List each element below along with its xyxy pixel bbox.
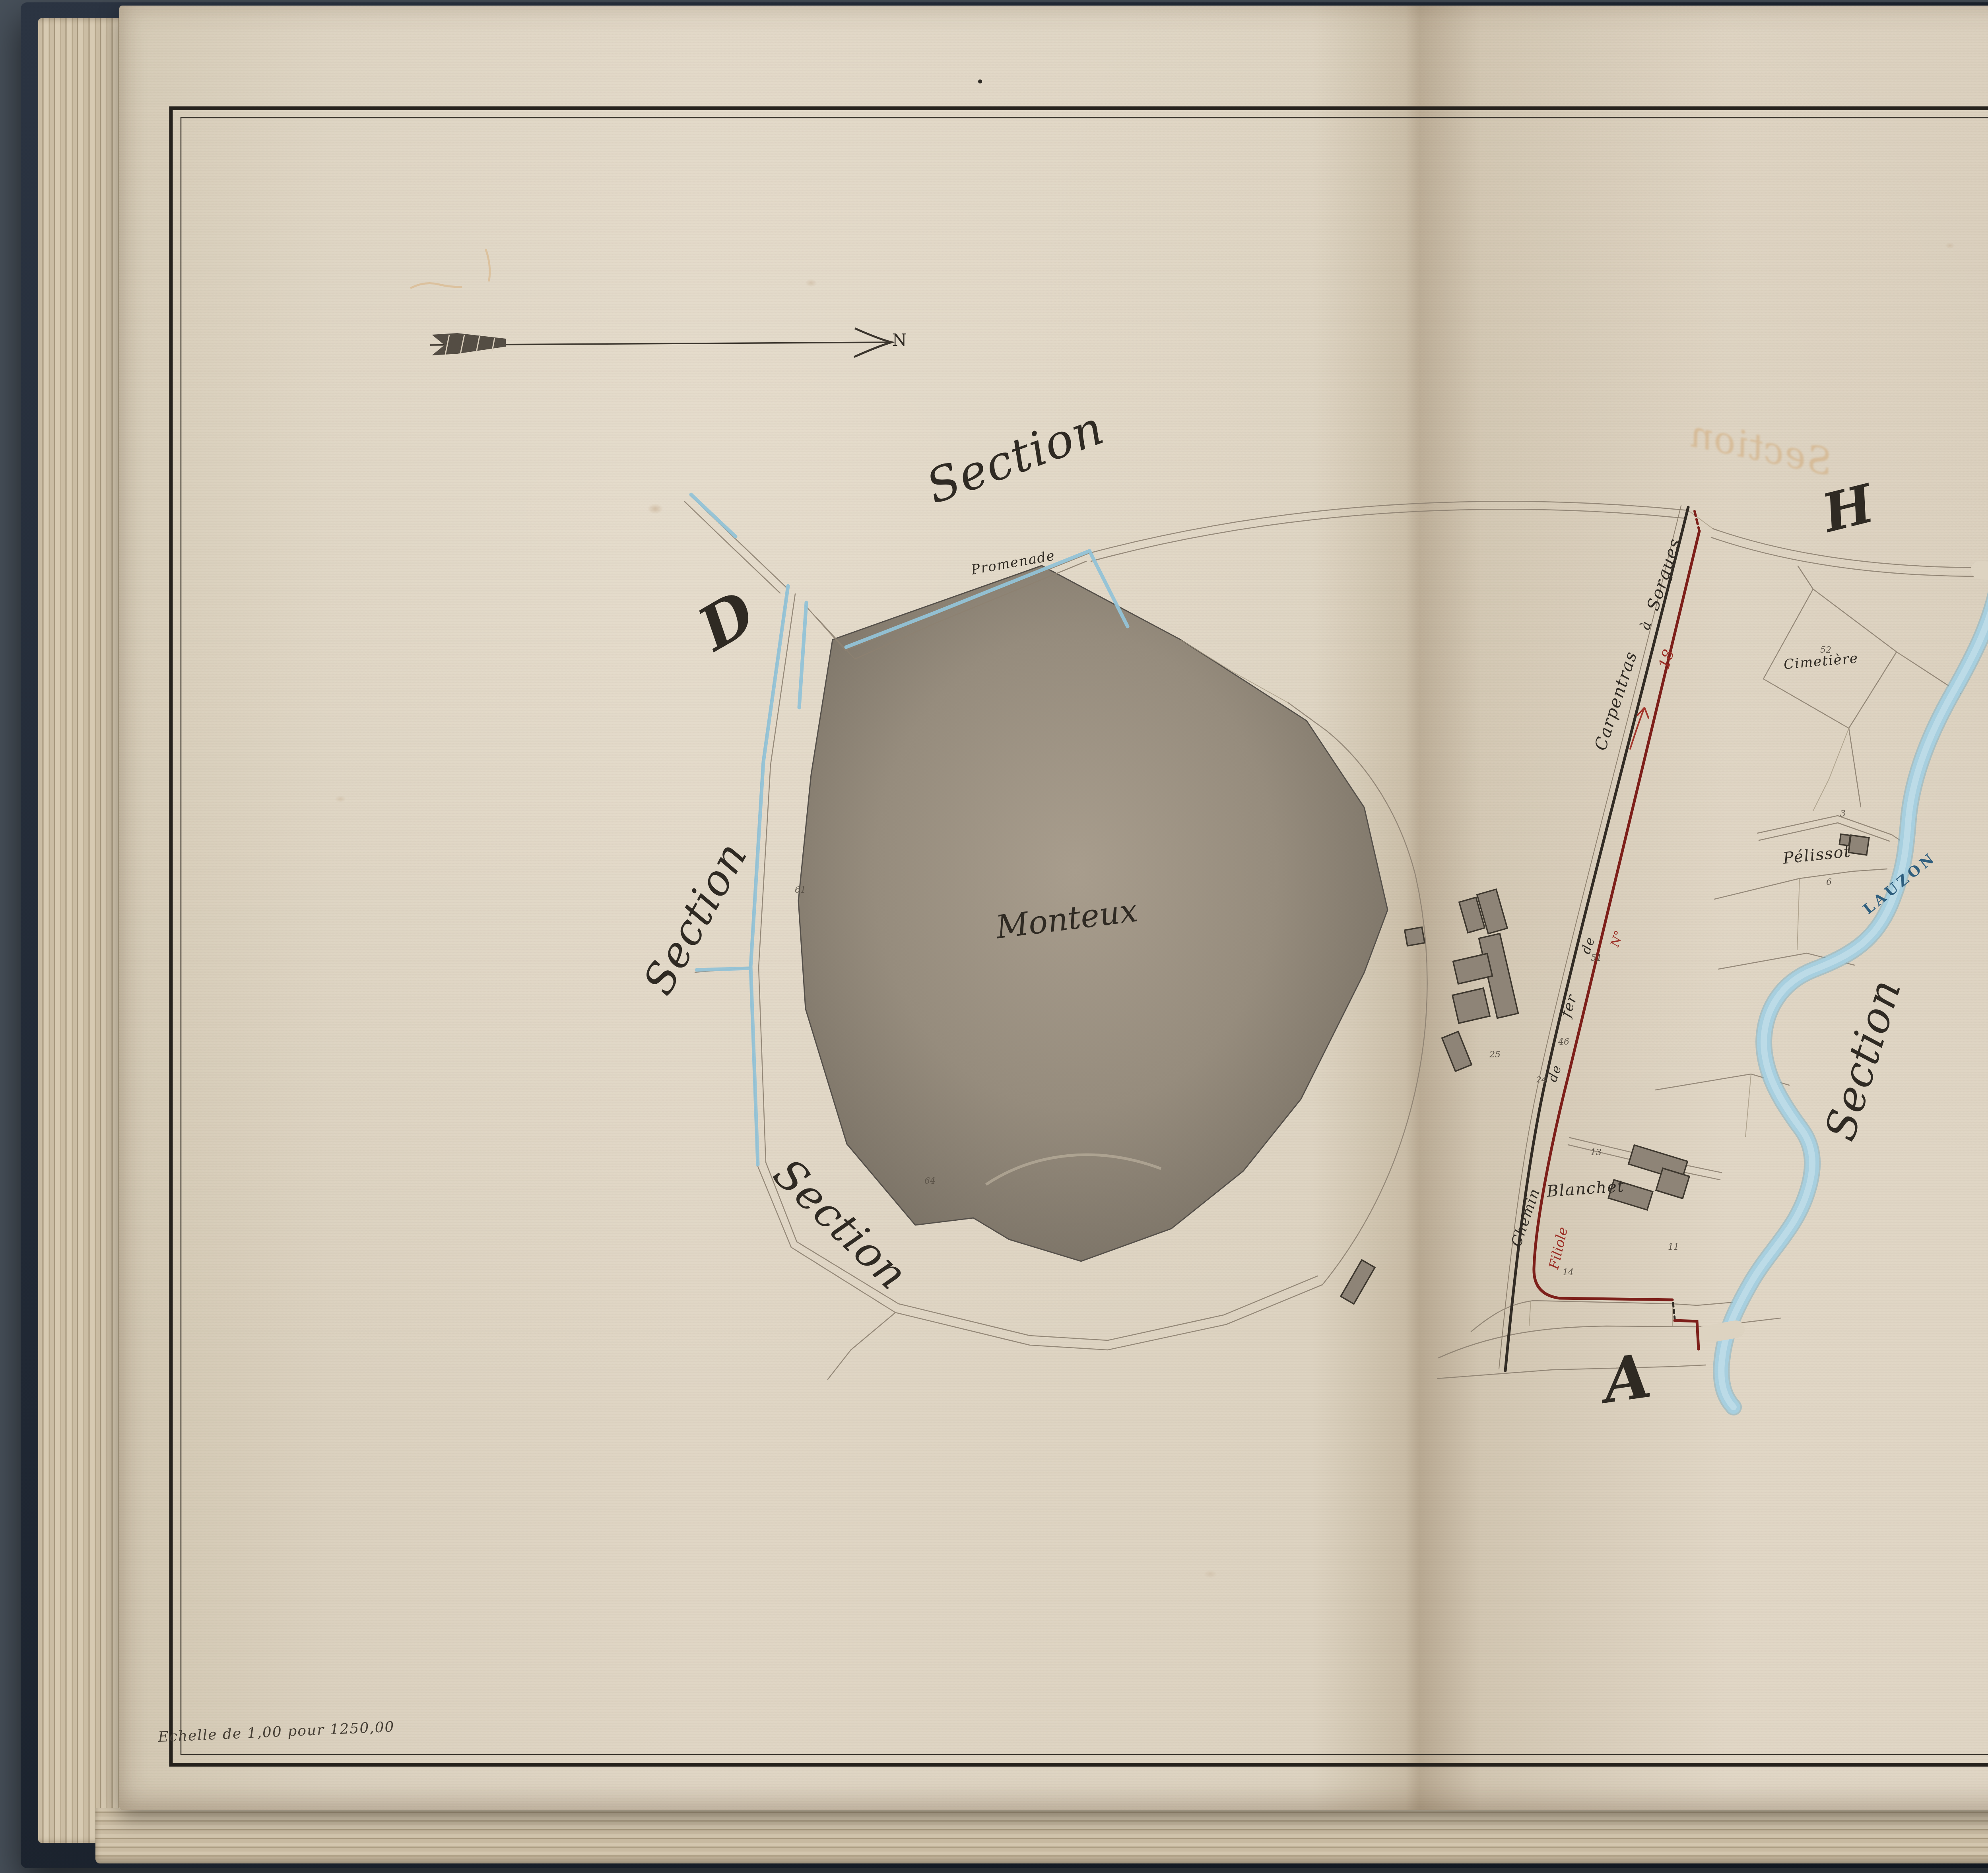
parcel-number: 6 <box>1826 878 1832 887</box>
railway-word-de2: de <box>1579 935 1597 955</box>
section-label-left: Section <box>637 836 754 1001</box>
section-label-right: Section <box>1819 974 1907 1145</box>
section-label-top: Section <box>920 403 1109 510</box>
river-name: LAUZON <box>1861 850 1939 917</box>
railway-word-fer: fer <box>1559 993 1580 1019</box>
parcel-number: 46 <box>1558 1038 1569 1047</box>
parcel-number: 61 <box>795 886 806 895</box>
parcel-number: 64 <box>924 1177 936 1186</box>
parcel-number: 14 <box>1563 1268 1574 1277</box>
parcel-number: 24 <box>1536 1076 1546 1084</box>
section-label-bottom-left: Section <box>766 1152 915 1297</box>
parcel-number: 13 <box>1590 1148 1602 1157</box>
filiole-numero: N° <box>1609 929 1626 949</box>
section-letter-d: D <box>689 582 764 660</box>
parcel-number: 51 <box>1591 954 1602 963</box>
railway-word-de1: de <box>1546 1063 1563 1083</box>
parcel-number: 3 <box>1840 810 1846 818</box>
railway-word-sorgues: Sorgues <box>1644 536 1683 613</box>
section-letter-a: A <box>1600 1346 1654 1412</box>
railway-word-chemin: Chemin <box>1509 1187 1543 1249</box>
photo-of-atlas: Section Section Section Section Section … <box>0 0 1988 1873</box>
railway-word-carpentras: Carpentras <box>1592 649 1640 752</box>
map-labels: Section Section Section Section Section … <box>0 0 1988 1873</box>
filiole-name: Filiole <box>1547 1226 1570 1271</box>
filiole-number: 18 <box>1656 648 1676 671</box>
section-letter-h: H <box>1818 477 1879 540</box>
scale-note: Echelle de 1,00 pour 1250,00 <box>158 1720 395 1745</box>
blanchet-label: Blanchet <box>1546 1178 1625 1200</box>
railway-word-a: à <box>1638 619 1654 632</box>
north-letter: N <box>892 332 907 349</box>
ghost-section-text: Section <box>1686 415 1835 481</box>
parcel-number: 25 <box>1489 1051 1501 1059</box>
pelissot-label: Pélissot <box>1782 843 1852 867</box>
cemetery-label: Cimetière <box>1783 651 1859 671</box>
village-name: Monteux <box>994 894 1140 943</box>
parcel-number: 11 <box>1668 1243 1679 1252</box>
promenade-label: Promenade <box>970 549 1056 577</box>
